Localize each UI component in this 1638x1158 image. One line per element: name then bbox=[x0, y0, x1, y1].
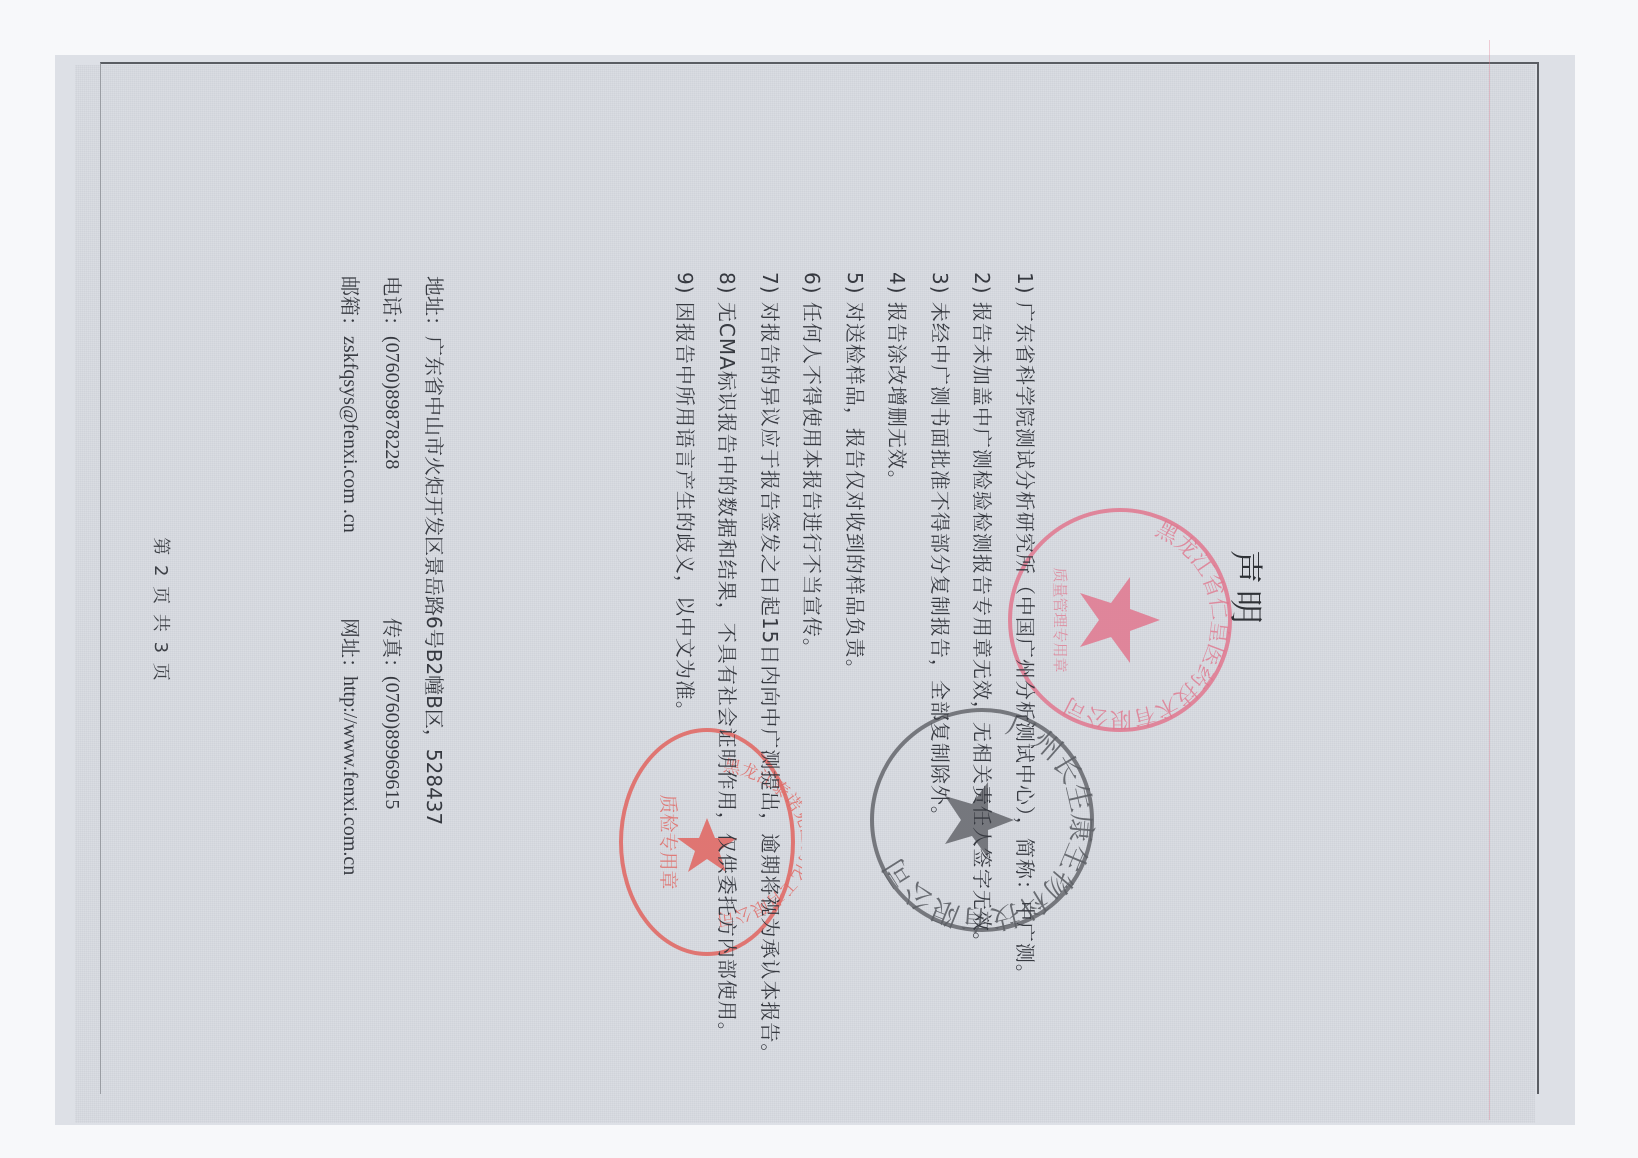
email-website-row: 邮箱： zskfqsys@fenxi.com .cn 网址： http://ww… bbox=[339, 276, 361, 1076]
declaration-item: 5) 对送检样品，报告仅对收到的样品负责。 bbox=[845, 272, 865, 1052]
contact-block: 地址： 广东省中山市火炬开发区景岳路6号B2幢B区，528437 电话： (07… bbox=[319, 276, 445, 1076]
declaration-list: 1) 广东省科学院测试分析研究所（中国广州分析测试中心），简称：中广测。 2) … bbox=[653, 272, 1036, 1052]
phone-label: 电话： bbox=[381, 276, 403, 336]
phone-fax-row: 电话： (0760)89878228 传真： (0760)89969615 bbox=[381, 276, 403, 1076]
declaration-item: 9) 因报告中所用语言产生的歧义，以中文为准。 bbox=[675, 272, 695, 1052]
address-row: 地址： 广东省中山市火炬开发区景岳路6号B2幢B区，528437 bbox=[423, 276, 445, 1076]
declaration-item: 7) 对报告的异议应于报告签发之日起15日内向中广测提出，逾期将视为承认本报告。 bbox=[760, 272, 780, 1052]
declaration-item: 3) 未经中广测书面批准不得部分复制报告，全部复制除外。 bbox=[930, 272, 950, 1052]
declaration-item: 6) 任何人不得使用本报告进行不当宣传。 bbox=[803, 272, 823, 1052]
document-content: 声明 1) 广东省科学院测试分析研究所（中国广州分析测试中心），简称：中广测。 … bbox=[85, 90, 1485, 1090]
phone-value: (0760)89878228 bbox=[381, 336, 403, 469]
declaration-item: 1) 广东省科学院测试分析研究所（中国广州分析测试中心），简称：中广测。 bbox=[1015, 272, 1035, 1052]
scan-guide-line bbox=[1489, 40, 1490, 1120]
fax-value: (0760)89969615 bbox=[381, 676, 403, 809]
address-value: 广东省中山市火炬开发区景岳路6号B2幢B区，528437 bbox=[423, 336, 445, 825]
page-number: 第 2 页 共 3 页 bbox=[149, 510, 175, 710]
website-label: 网址： bbox=[339, 618, 361, 678]
address-label: 地址： bbox=[423, 276, 445, 336]
declaration-item: 2) 报告未加盖中广测检验检测报告专用章无效，无相关责任人签字无效。 bbox=[973, 272, 993, 1052]
declaration-item: 4) 报告涂改增删无效。 bbox=[888, 272, 908, 1052]
email-value[interactable]: zskfqsys@fenxi.com .cn bbox=[339, 336, 361, 533]
document-title: 声明 bbox=[1224, 520, 1273, 660]
website-link[interactable]: http://www.fenxi.com.cn bbox=[339, 676, 361, 875]
fax-label: 传真： bbox=[381, 618, 403, 678]
email-label: 邮箱： bbox=[339, 276, 361, 336]
declaration-item: 8) 无CMA标识报告中的数据和结果，不具有社会证明作用，仅供委托方内部使用。 bbox=[718, 272, 738, 1052]
